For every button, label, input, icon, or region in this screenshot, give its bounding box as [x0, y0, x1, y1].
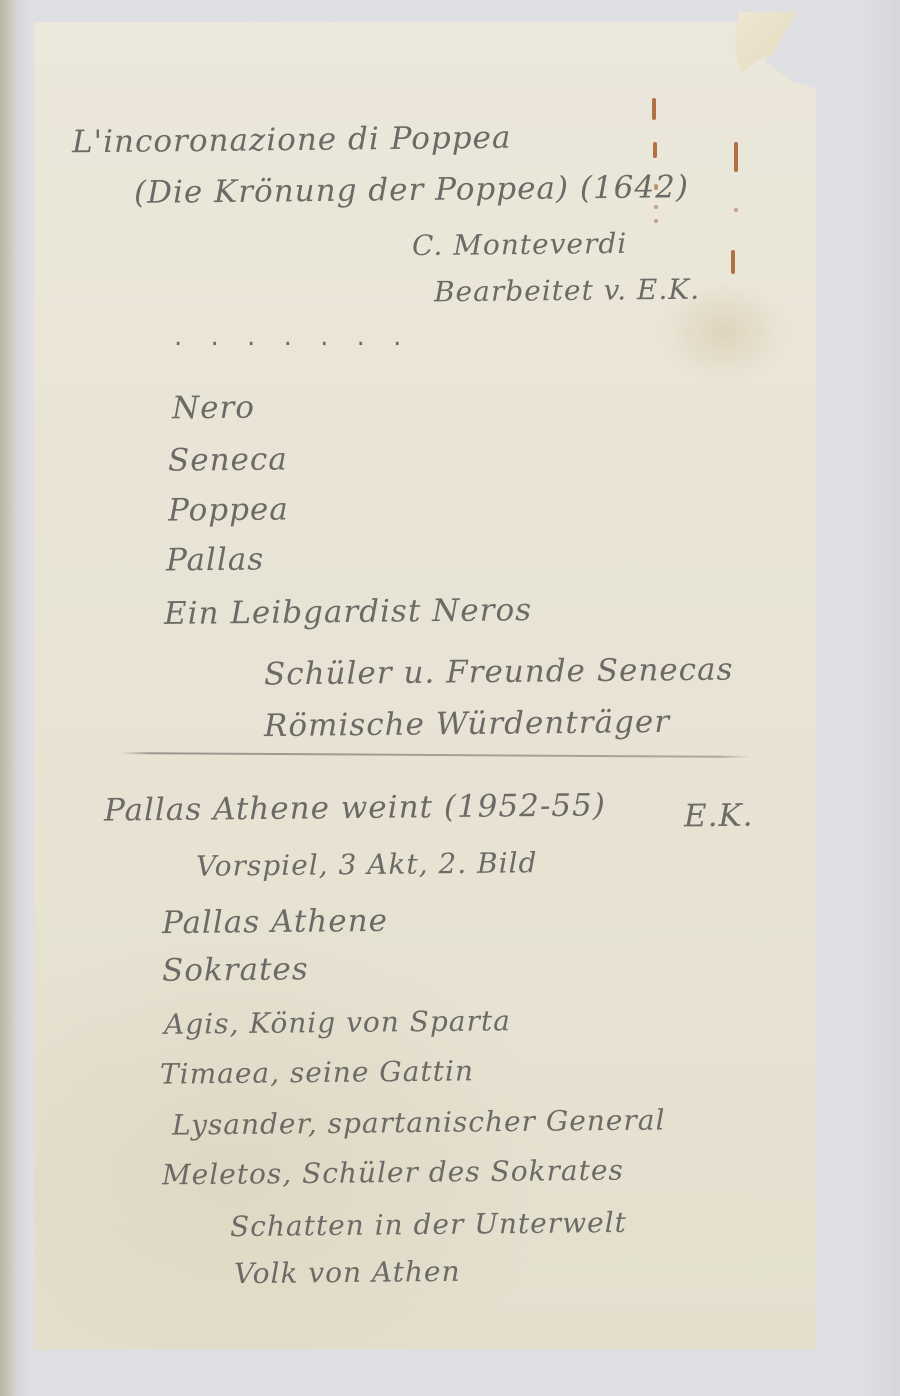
character-meletos: Meletos, Schüler des Sokrates — [162, 1154, 624, 1192]
composer-name: C. Monteverdi — [412, 227, 628, 262]
character-timaea: Timaea, seine Gattin — [160, 1054, 474, 1090]
arrangement-credit: Bearbeitet v. E.K. — [434, 273, 700, 309]
character-agis: Agis, König von Sparta — [164, 1004, 511, 1041]
author-initials: E.K. — [684, 798, 754, 835]
note-paper: L'incoronazione di Poppea (Die Krönung d… — [34, 22, 816, 1350]
rust-stain — [734, 142, 738, 172]
character-leibgardist: Ein Leibgardist Neros — [164, 592, 532, 632]
character-lysander: Lysander, spartanischer General — [172, 1103, 666, 1141]
chorus-schueler: Schüler u. Freunde Senecas — [264, 652, 734, 693]
character-nero: Nero — [172, 390, 255, 427]
rust-stain — [731, 250, 735, 274]
chorus-schatten: Schatten in der Unterwelt — [230, 1206, 627, 1243]
opera-structure: Vorspiel, 3 Akt, 2. Bild — [196, 846, 538, 883]
divider-line — [120, 752, 750, 758]
character-sokrates: Sokrates — [162, 951, 309, 989]
character-seneca: Seneca — [168, 441, 288, 478]
adjacent-paper-edge — [0, 0, 18, 1396]
rust-stain — [654, 219, 658, 223]
rust-stain — [652, 98, 656, 120]
opera-title-pallas-athene: Pallas Athene weint (1952-55) — [104, 787, 606, 828]
character-poppea: Poppea — [168, 491, 289, 528]
character-pallas-athene: Pallas Athene — [162, 903, 388, 941]
opera-title-german: (Die Krönung der Poppea) (1642) — [134, 169, 689, 211]
ellipsis-dots: . . . . . . . — [174, 322, 411, 352]
character-pallas: Pallas — [166, 541, 265, 578]
rust-stain — [654, 205, 658, 209]
chorus-wuerdentraeger: Römische Würdenträger — [264, 704, 670, 744]
rust-stain — [734, 208, 738, 212]
opera-title-italian: L'incoronazione di Poppea — [72, 120, 512, 161]
chorus-volk: Volk von Athen — [234, 1255, 461, 1290]
rust-stain — [653, 142, 657, 158]
